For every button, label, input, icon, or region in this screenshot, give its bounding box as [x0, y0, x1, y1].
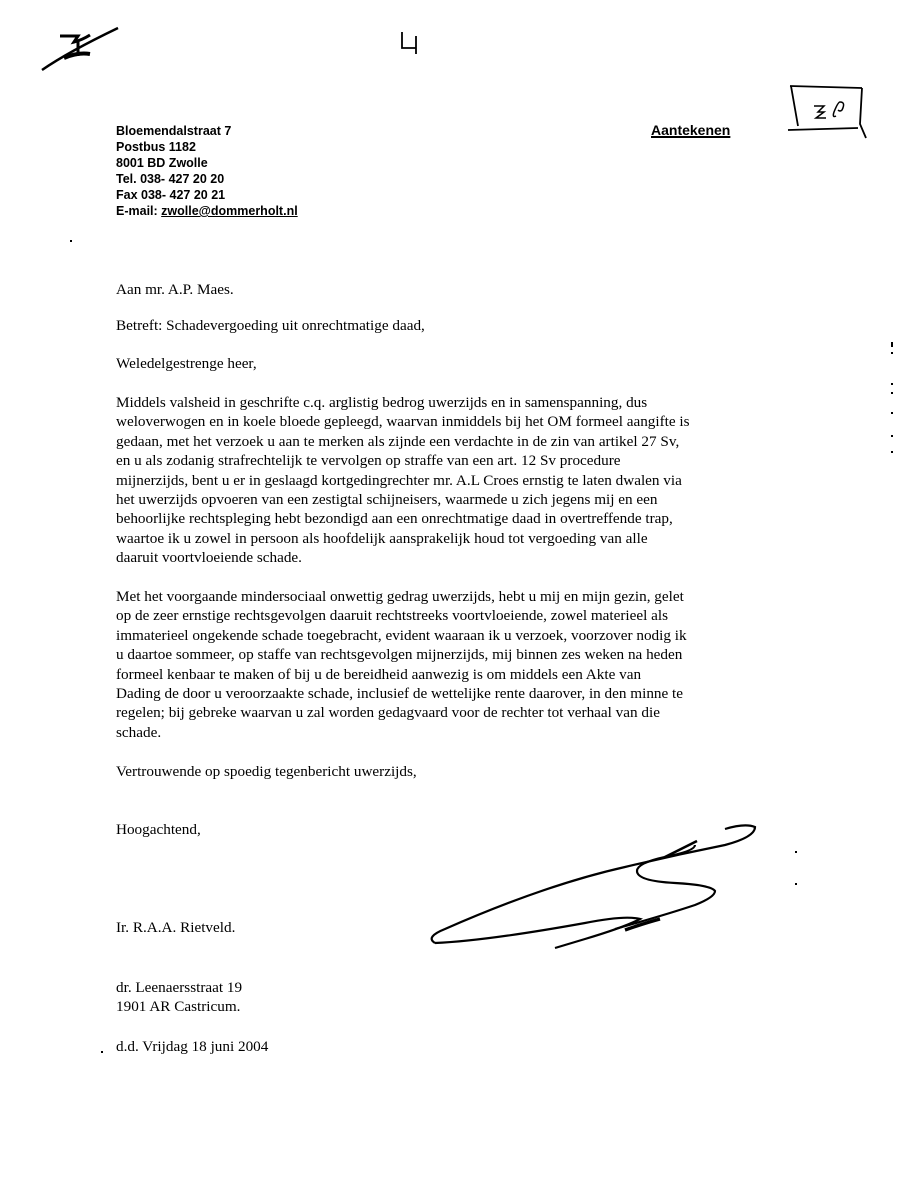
- sender-address-block: Bloemendalstraat 7 Postbus 1182 8001 BD …: [116, 123, 298, 219]
- handwritten-boxed-number: [786, 80, 872, 142]
- signatory-name: Ir. R.A.A. Rietveld.: [116, 918, 235, 937]
- paragraph-line: schade.: [116, 723, 687, 742]
- scan-speck: [891, 451, 893, 453]
- sender-fax: Fax 038- 427 20 21: [116, 187, 298, 203]
- scan-speck: [70, 240, 72, 242]
- paragraph-line: formeel kenbaar te maken of bij u de ber…: [116, 665, 687, 684]
- letter-page: Bloemendalstraat 7 Postbus 1182 8001 BD …: [0, 0, 900, 1189]
- sender-po-box: Postbus 1182: [116, 139, 298, 155]
- recipient-line: Aan mr. A.P. Maes.: [116, 280, 234, 299]
- scan-speck: [891, 412, 893, 414]
- signature: [425, 815, 765, 955]
- scan-speck: [891, 392, 893, 394]
- paragraph-line: Middels valsheid in geschrifte c.q. argl…: [116, 393, 690, 412]
- valediction: Hoogachtend,: [116, 820, 201, 839]
- scan-speck: [891, 342, 893, 347]
- scan-speck: [891, 435, 893, 437]
- paragraph-line: Dading de door u veroorzaakte schade, in…: [116, 684, 687, 703]
- scan-speck: [891, 383, 893, 385]
- salutation: Weledelgestrenge heer,: [116, 354, 257, 373]
- signatory-postal-city: 1901 AR Castricum.: [116, 997, 242, 1016]
- letter-date: d.d. Vrijdag 18 juni 2004: [116, 1037, 268, 1056]
- paragraph-line: het uwerzijds opvoeren van een zestigtal…: [116, 490, 690, 509]
- paragraph-line: op de zeer ernstige rechtsgevolgen daaru…: [116, 606, 687, 625]
- handwritten-mark-icon: [38, 22, 128, 74]
- scan-speck: [795, 883, 797, 885]
- paragraph-line: Met het voorgaande mindersociaal onwetti…: [116, 587, 687, 606]
- email-link[interactable]: zwolle@dommerholt.nl: [161, 204, 298, 218]
- paragraph-line: daaruit voortvloeiende schade.: [116, 548, 690, 567]
- sender-phone: Tel. 038- 427 20 20: [116, 171, 298, 187]
- sender-street: Bloemendalstraat 7: [116, 123, 298, 139]
- paragraph-line: weloverwogen en in koele bloede gepleegd…: [116, 412, 690, 431]
- paragraph-1: Middels valsheid in geschrifte c.q. argl…: [116, 393, 690, 568]
- sender-postal-city: 8001 BD Zwolle: [116, 155, 298, 171]
- paragraph-line: immaterieel ongekende schade toegebracht…: [116, 626, 687, 645]
- registered-mail-label: Aantekenen: [651, 122, 730, 138]
- signatory-street: dr. Leenaersstraat 19: [116, 978, 242, 997]
- subject-line: Betreft: Schadevergoeding uit onrechtmat…: [116, 316, 425, 335]
- scan-speck: [101, 1051, 103, 1053]
- paragraph-line: regelen; bij gebreke waarvan u zal worde…: [116, 703, 687, 722]
- scan-speck: [891, 352, 893, 354]
- paragraph-line: behoorlijke rechtspleging hebt bezondigd…: [116, 509, 690, 528]
- handwritten-page-number: [398, 30, 420, 56]
- sender-email-line: E-mail: zwolle@dommerholt.nl: [116, 203, 298, 219]
- signatory-address: dr. Leenaersstraat 19 1901 AR Castricum.: [116, 978, 242, 1017]
- paragraph-2: Met het voorgaande mindersociaal onwetti…: [116, 587, 687, 742]
- scan-speck: [795, 851, 797, 853]
- paragraph-line: gedaan, met het verzoek u aan te merken …: [116, 432, 690, 451]
- paragraph-line: en u als zodanig strafrechtelijk te verv…: [116, 451, 690, 470]
- closing-line: Vertrouwende op spoedig tegenbericht uwe…: [116, 762, 417, 781]
- paragraph-line: u daartoe sommeer, op staffe van rechtsg…: [116, 645, 687, 664]
- email-label: E-mail:: [116, 204, 158, 218]
- paragraph-line: waartoe ik u zowel in persoon als hoofde…: [116, 529, 690, 548]
- paragraph-line: mijnerzijds, bent u er in geslaagd kortg…: [116, 471, 690, 490]
